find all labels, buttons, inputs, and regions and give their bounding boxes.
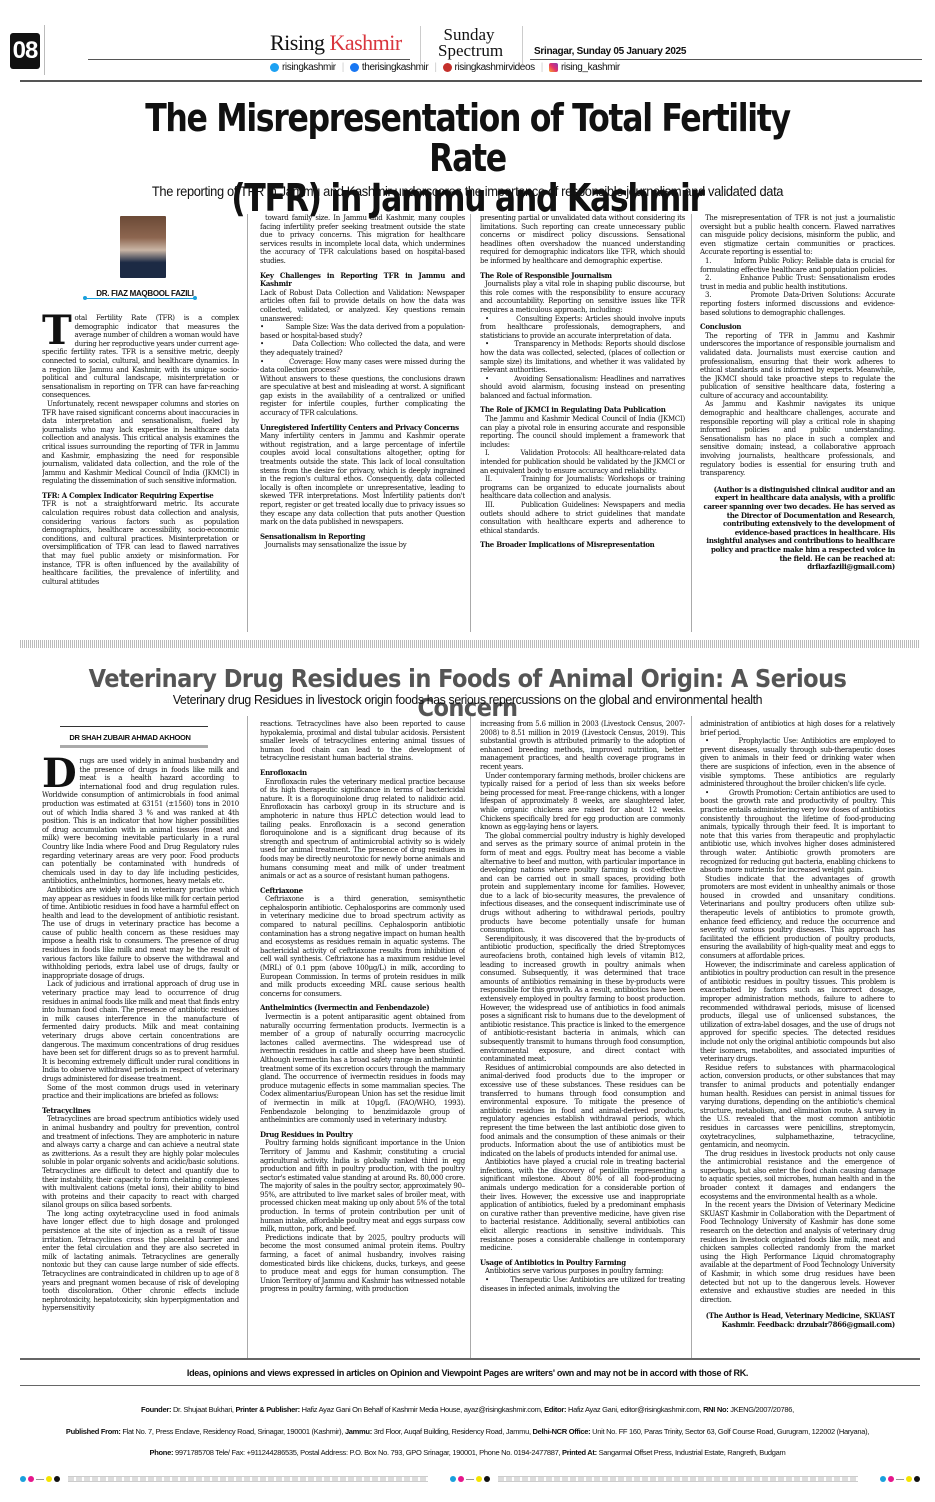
color-dot-icon <box>476 1476 482 1482</box>
paragraph: presenting partial or unvalidated data w… <box>480 214 685 266</box>
byline-divider <box>84 298 196 299</box>
color-dot-icon <box>54 1476 60 1482</box>
registration-mark-group <box>880 1476 920 1482</box>
paragraph: Residue refers to substances with pharma… <box>700 1064 895 1150</box>
social-youtube[interactable]: risingkashmirvideos <box>443 62 535 73</box>
paragraph: • Consulting Experts: Articles should in… <box>480 315 685 341</box>
section-heading: Conclusion <box>700 323 895 332</box>
article2-subheadline: Veterinary drug Residues in livestock or… <box>61 692 873 707</box>
imprint-value: Hafiz Ayaz Gani, editor@risingkashmir.co… <box>566 1405 703 1414</box>
color-dot-icon <box>20 1476 26 1482</box>
headline-line1: The Misrepresentation of Total Fertility… <box>113 98 823 178</box>
section-line2: Spectrum <box>438 43 500 59</box>
page-number: 08 <box>10 33 40 69</box>
imprint-value: Hafiz Ayaz Gani On Behalf of Kashmir Med… <box>300 1405 544 1414</box>
paragraph: Studies indicate that the advantages of … <box>700 875 895 961</box>
divider <box>522 26 523 64</box>
section-heading: Sensationalism in Reporting <box>260 533 465 542</box>
paragraph: Journalists play a vital role in shaping… <box>480 280 685 314</box>
imprint-label: Published From: <box>66 1427 121 1436</box>
author-note: (The Author is Head, Veterinary Medicine… <box>700 1312 895 1329</box>
paragraph: Predictions indicate that by 2025, poult… <box>260 1234 465 1294</box>
divider <box>44 25 45 75</box>
section-heading: The Role of JKMCI in Regulating Data Pub… <box>480 406 685 415</box>
paragraph: • Avoiding Sensationalism: Headlines and… <box>480 375 685 401</box>
paragraph: The global commercial poultry industry i… <box>480 832 685 935</box>
imprint-label: Phone: <box>150 1448 174 1457</box>
paragraph: As Jammu and Kashmir navigates its uniqu… <box>700 400 895 477</box>
paragraph: Antibiotics have played a crucial role i… <box>480 1158 685 1253</box>
section-heading: Ceftriaxone <box>260 887 465 896</box>
brand-rising: Rising <box>270 30 329 55</box>
imprint-value: Sangarmal Offset Press, Industrial Estat… <box>597 1448 786 1457</box>
masthead-rule <box>20 80 922 82</box>
paragraph: 2. Enhance Public Trust: Sensationalism … <box>700 274 895 291</box>
paragraph: Enrofloxacin rules the veterinary medica… <box>260 778 465 881</box>
page-rule <box>20 1358 920 1360</box>
dateline: Srinagar, Sunday 05 January 2025 <box>534 46 686 57</box>
paragraph: 3. Promote Data-Driven Solutions: Accura… <box>700 291 895 317</box>
imprint-label: Jammu: <box>345 1427 372 1436</box>
imprint-label: Founder: <box>141 1405 171 1414</box>
youtube-icon <box>443 63 452 72</box>
article2-column-4: administration of antibiotics at high do… <box>700 720 895 1358</box>
color-dot-icon <box>28 1476 34 1482</box>
rule <box>530 59 922 60</box>
registration-marks <box>20 1474 920 1484</box>
paragraph: Without answers to these questions, the … <box>260 375 465 418</box>
density-strip <box>68 1476 428 1482</box>
brand-kashmir: Kashmir <box>329 30 401 55</box>
article1-column-4: The misrepresentation of TFR is not just… <box>700 214 895 632</box>
imprint-line-2: Published From: Flat No. 7, Press Enclav… <box>20 1427 915 1436</box>
paragraph: • Transparency in Methods: Reports shoul… <box>480 340 685 374</box>
paragraph: • Therapeutic Use: Antibiotics are utili… <box>480 1276 685 1293</box>
column-rule <box>470 716 471 1358</box>
column-rule <box>691 716 692 1358</box>
divider <box>420 26 421 64</box>
section-name: SundaySpectrum <box>438 27 500 59</box>
imprint-line-3: Phone: 9971785708 Tele/ Fax: +9112442865… <box>20 1448 915 1457</box>
article1-column-2: toward family size. In Jammu and Kashmir… <box>260 214 465 632</box>
paragraph: 1. Inform Public Policy: Reliable data i… <box>700 257 895 274</box>
color-dot-icon <box>450 1476 456 1482</box>
section-heading: Enrofloxacin <box>260 769 465 778</box>
density-strip <box>498 1476 858 1482</box>
section-heading: The Role of Responsible Journalism <box>480 272 685 281</box>
paragraph: Lack of judicious and irrational approac… <box>42 980 239 1083</box>
rule <box>88 59 410 60</box>
article1-column-3: presenting partial or unvalidated data w… <box>480 214 685 632</box>
author-note: (Author is a distinguished clinical audi… <box>700 486 895 572</box>
column-rule <box>247 214 248 632</box>
article1-byline: DR. FIAZ MAQBOOL FAZILI <box>70 289 220 298</box>
paragraph: The misrepresentation of TFR is not just… <box>700 214 895 257</box>
paragraph: Lack of Robust Data Collection and Valid… <box>260 289 465 323</box>
imprint-value: Unit No. FF 160, Paras Trinity, Sector 6… <box>590 1427 869 1436</box>
instagram-icon <box>549 63 558 72</box>
paragraph: • Growth Promotion: Certain antibiotics … <box>700 789 895 875</box>
paragraph: • Coverage: How many cases were missed d… <box>260 358 465 375</box>
article2-column-1: Drugs are used widely in animal husbandr… <box>42 757 239 1357</box>
section-heading: Tetracyclines <box>42 1107 239 1116</box>
author-photo <box>120 216 166 278</box>
social-handle: therisingkashmir <box>362 62 428 73</box>
paragraph: Tetracyclines are broad spectrum antibio… <box>42 1115 239 1210</box>
paragraph: reactions. Tetracyclines have also been … <box>260 720 465 763</box>
social-handle: rising_kashmir <box>561 62 620 73</box>
masthead-brand: Rising Kashmir <box>270 30 402 56</box>
article2-byline: DR SHAH ZUBAIR AHMAD AKHOON <box>40 733 220 742</box>
imprint-label: Delhi-NCR Office: <box>533 1427 591 1436</box>
opinion-disclaimer: Ideas, opinions and views expressed in a… <box>40 1368 895 1378</box>
imprint-value: Dr. Shujaat Bukhari, <box>171 1405 235 1414</box>
facebook-icon <box>350 63 359 72</box>
paragraph: II. Training for Journalists: Workshops … <box>480 475 685 501</box>
paragraph: toward family size. In Jammu and Kashmir… <box>260 214 465 266</box>
drop-cap: T <box>42 315 72 347</box>
imprint-value: 9971785708 Tele/ Fax: +911244286535, Pos… <box>173 1448 562 1457</box>
imprint-label: Printed At: <box>562 1448 597 1457</box>
paragraph: The drug residues in livestock products … <box>700 1150 895 1202</box>
color-dot-icon <box>484 1476 490 1482</box>
color-dot-icon <box>46 1476 52 1482</box>
section-divider <box>20 640 920 648</box>
article1-headline: The Misrepresentation of Total Fertility… <box>113 98 823 218</box>
paragraph: Antibiotics serve various purposes in po… <box>480 1267 685 1276</box>
footer-rule <box>20 1385 920 1386</box>
article2-column-3: increasing from 5.6 million in 2003 (Liv… <box>480 720 685 1358</box>
color-dot-icon <box>880 1476 886 1482</box>
paragraph: However, the indiscriminate and careless… <box>700 961 895 1064</box>
paragraph: Unfortunately, recent newspaper columns … <box>42 400 239 486</box>
article1-subheadline: The reporting of TFR in Jammu and Kashmi… <box>74 183 861 199</box>
social-handle: risingkashmir <box>282 62 336 73</box>
paragraph: Some of the most common drugs used in ve… <box>42 1084 239 1101</box>
byline-rule <box>60 745 208 748</box>
section-heading: Usage of Antibiotics in Poultry Farming <box>480 1259 685 1268</box>
registration-mark-group <box>20 1476 60 1482</box>
paragraph: The reporting of TFR in Jammu and Kashmi… <box>700 332 895 401</box>
paragraph: TFR is not a straightforward metric. Its… <box>42 500 239 586</box>
imprint-value: Flat No. 7, Press Enclave, Residency Roa… <box>121 1427 345 1436</box>
color-dot-icon <box>458 1476 464 1482</box>
paragraph: III. Publication Guidelines: Newspapers … <box>480 501 685 535</box>
paragraph: Many infertility centers in Jammu and Ka… <box>260 432 465 527</box>
imprint-label: RNI No: <box>703 1405 728 1414</box>
drop-cap: D <box>42 758 76 790</box>
article2-column-2: reactions. Tetracyclines have also been … <box>260 720 465 1358</box>
paragraph: administration of antibiotics at high do… <box>700 720 895 737</box>
twitter-icon <box>270 63 279 72</box>
paragraph: increasing from 5.6 million in 2003 (Liv… <box>480 720 685 772</box>
paragraph: Ivermectin is a potent antiparasitic age… <box>260 1013 465 1125</box>
color-dot-icon <box>906 1476 912 1482</box>
paragraph: Antibiotics are widely used in veterinar… <box>42 886 239 981</box>
social-instagram[interactable]: rising_kashmir <box>549 62 620 73</box>
imprint-line-1: Founder: Dr. Shujaat Bukhari, Printer & … <box>20 1405 915 1414</box>
paragraph: Ceftriaxone is a third generation, semis… <box>260 895 465 998</box>
paragraph: Serendipitously, it was discovered that … <box>480 935 685 1064</box>
section-heading: Anthelmintics (Ivermectin and Fenbendazo… <box>260 1004 465 1013</box>
paragraph: • Data Collection: Who collected the dat… <box>260 340 465 357</box>
byline-rule <box>60 726 208 727</box>
paragraph: • Prophylactic Use: Antibiotics are empl… <box>700 737 895 789</box>
imprint-value: 3rd Floor, Auqaf Building, Residency Roa… <box>372 1427 533 1436</box>
paragraph: Residues of antimicrobial compounds are … <box>480 1064 685 1159</box>
article1-column-1: T otal Fertility Rate (TFR) is a complex… <box>42 314 239 632</box>
paragraph: Under contemporary farming methods, broi… <box>480 772 685 832</box>
paragraph: I. Validation Protocols: All healthcare-… <box>480 449 685 475</box>
paragraph: In the recent years the Division of Vete… <box>700 1201 895 1304</box>
section-heading: Unregistered Infertility Centers and Pri… <box>260 424 465 433</box>
social-links: risingkashmir| therisingkashmir| risingk… <box>270 62 620 73</box>
registration-mark-group <box>450 1476 490 1482</box>
paragraph: Journalists may sensationalize the issue… <box>260 541 465 550</box>
paragraph: The long acting oxytetracycline used in … <box>42 1210 239 1313</box>
color-dot-icon <box>888 1476 894 1482</box>
column-rule <box>247 716 248 1358</box>
paragraph: • Sample Size: Was the data derived from… <box>260 323 465 340</box>
social-twitter[interactable]: risingkashmir <box>270 62 336 73</box>
paragraph: Poultry farming holds significant import… <box>260 1139 465 1234</box>
imprint-label: Printer & Publisher: <box>235 1405 299 1414</box>
column-rule <box>691 214 692 632</box>
section-heading: Drug Residues in Poultry <box>260 1131 465 1140</box>
imprint-value: JKENG/2007/20786, <box>728 1405 793 1414</box>
column-rule <box>470 214 471 632</box>
section-heading: Key Challenges in Reporting TFR in Jammu… <box>260 272 465 289</box>
color-dot-icon <box>914 1476 920 1482</box>
imprint-label: Editor: <box>544 1405 566 1414</box>
section-heading: The Broader Implications of Misrepresent… <box>480 541 685 550</box>
section-heading: TFR: A Complex Indicator Requiring Exper… <box>42 492 239 501</box>
social-facebook[interactable]: therisingkashmir <box>350 62 428 73</box>
paragraph: The Jammu and Kashmir Medical Council of… <box>480 415 685 449</box>
social-handle: risingkashmirvideos <box>455 62 535 73</box>
